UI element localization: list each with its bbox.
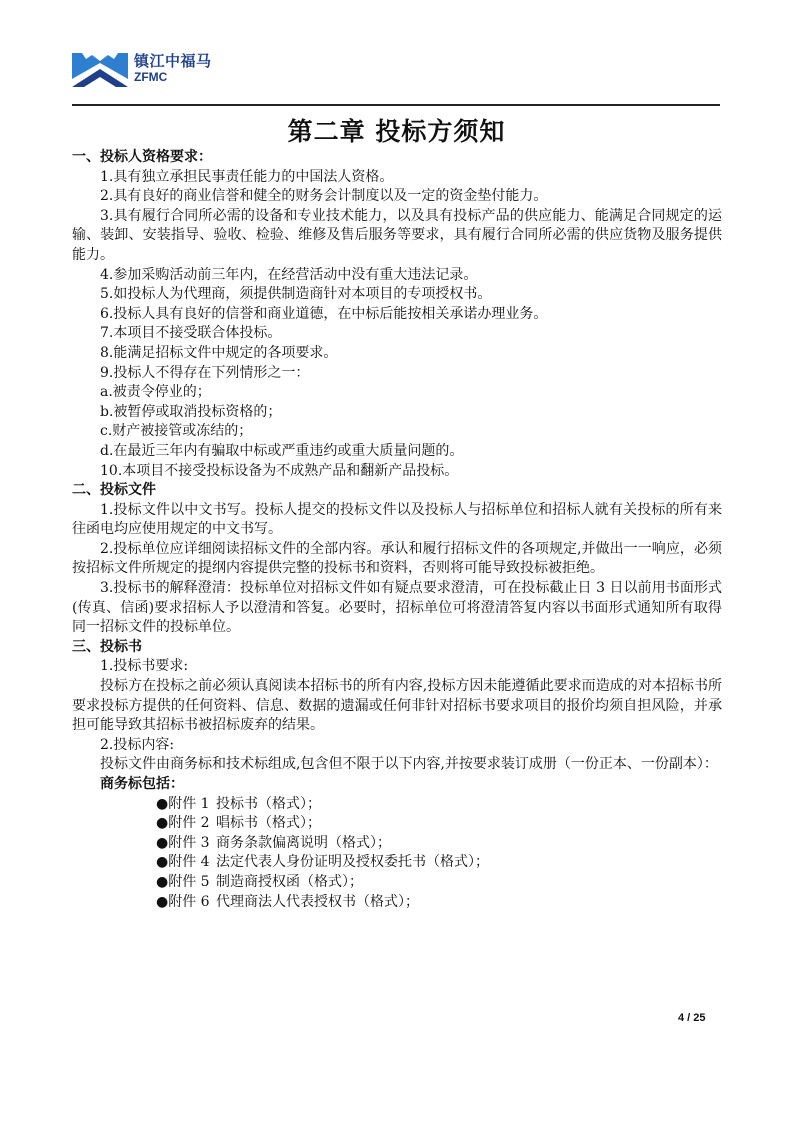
paragraph: 2.投标单位应详细阅读招标文件的全部内容。承认和履行招标文件的各项规定,并做出一… <box>72 540 722 579</box>
attachment-item: ●附件 2唱标书（格式）； <box>72 814 722 834</box>
paragraph: d.在最近三年内有骗取中标或严重违约或重大质量问题的。 <box>72 442 722 462</box>
header-divider <box>72 104 720 106</box>
logo-english-abbr: ZFMC <box>134 70 212 84</box>
section-heading: 三、投标书 <box>72 638 722 658</box>
attachment-text: 制造商授权函（格式）； <box>216 874 363 890</box>
attachment-number: ●附件 4 <box>156 853 216 873</box>
paragraph: 投标文件由商务标和技术标组成,包含但不限于以下内容,并按要求装订成册（一份正本、… <box>72 755 722 775</box>
chapter-title: 第二章 投标方须知 <box>0 112 793 148</box>
attachment-text: 投标书（格式）； <box>216 796 321 812</box>
attachment-number: ●附件 2 <box>156 814 216 834</box>
paragraph: 3.投标书的解释澄清：投标单位对招标文件如有疑点要求澄清，可在投标截止日 3 日… <box>72 579 722 638</box>
paragraph: 6.投标人具有良好的信誉和商业道德，在中标后能按相关承诺办理业务。 <box>72 305 722 325</box>
paragraph: 10.本项目不接受投标设备为不成熟产品和翻新产品投标。 <box>72 462 722 482</box>
section-heading: 二、投标文件 <box>72 481 722 501</box>
paragraph: 7.本项目不接受联合体投标。 <box>72 324 722 344</box>
paragraph: 2.具有良好的商业信誉和健全的财务会计制度以及一定的资金垫付能力。 <box>72 187 722 207</box>
attachment-item: ●附件 4法定代表人身份证明及授权委托书（格式）； <box>72 853 722 873</box>
attachment-text: 唱标书（格式）； <box>216 815 321 831</box>
attachment-item: ●附件 6代理商法人代表授权书（格式）； <box>72 893 722 913</box>
page-number: 4 / 25 <box>678 1012 706 1024</box>
paragraph: a.被责令停业的； <box>72 383 722 403</box>
attachment-text: 法定代表人身份证明及授权委托书（格式）； <box>216 854 489 870</box>
company-logo-icon <box>72 53 128 87</box>
paragraph: c.财产被接管或冻结的； <box>72 422 722 442</box>
subheading: 商务标包括： <box>72 775 722 795</box>
paragraph: b.被暂停或取消投标资格的； <box>72 403 722 423</box>
paragraph: 2.投标内容: <box>72 736 722 756</box>
paragraph: 3.具有履行合同所必需的设备和专业技术能力，以及具有投标产品的供应能力、能满足合… <box>72 207 722 266</box>
attachment-number: ●附件 5 <box>156 873 216 893</box>
section-heading: 一、投标人资格要求： <box>72 148 722 168</box>
paragraph: 9.投标人不得存在下列情形之一： <box>72 364 722 384</box>
attachment-number: ●附件 1 <box>156 795 216 815</box>
company-logo-text: 镇江中福马 ZFMC <box>134 52 212 84</box>
attachment-item: ●附件 5制造商授权函（格式）； <box>72 873 722 893</box>
paragraph: 1.具有独立承担民事责任能力的中国法人资格。 <box>72 168 722 188</box>
attachment-number: ●附件 6 <box>156 893 216 913</box>
document-body: 一、投标人资格要求： 1.具有独立承担民事责任能力的中国法人资格。 2.具有良好… <box>72 148 722 912</box>
paragraph: 1.投标文件以中文书写。投标人提交的投标文件以及投标人与招标单位和招标人就有关投… <box>72 501 722 540</box>
attachment-text: 代理商法人代表授权书（格式）； <box>216 894 419 910</box>
paragraph: 投标方在投标之前必须认真阅读本招标书的所有内容,投标方因未能遵循此要求而造成的对… <box>72 677 722 736</box>
logo-chinese-name: 镇江中福马 <box>134 52 212 70</box>
attachment-item: ●附件 1投标书（格式）； <box>72 795 722 815</box>
attachment-item: ●附件 3商务条款偏离说明（格式）； <box>72 834 722 854</box>
paragraph: 4.参加采购活动前三年内，在经营活动中没有重大违法记录。 <box>72 266 722 286</box>
paragraph: 8.能满足招标文件中规定的各项要求。 <box>72 344 722 364</box>
attachment-text: 商务条款偏离说明（格式）； <box>216 835 391 851</box>
paragraph: 1.投标书要求: <box>72 657 722 677</box>
paragraph: 5.如投标人为代理商，须提供制造商针对本项目的专项授权书。 <box>72 285 722 305</box>
attachment-number: ●附件 3 <box>156 834 216 854</box>
